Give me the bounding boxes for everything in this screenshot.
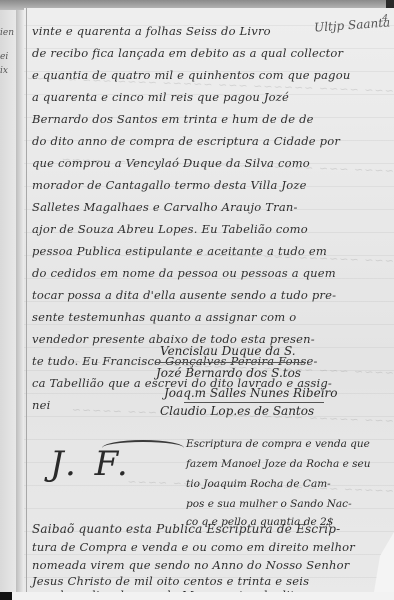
- facing-page-edge: ien ei ix: [0, 10, 17, 600]
- scan-bottom-edge: [0, 592, 394, 600]
- body-line: que comprou a Vencylaó Duque da Silva co…: [32, 156, 310, 170]
- manuscript-scan: ien ei ix ~~~ ~~~~ ~~~~~~ ~~~ ~~~~~ ~~~~…: [0, 0, 394, 600]
- section-heading-line: tio Joaquim Rocha de Cam-: [186, 478, 331, 490]
- body-line: nei: [32, 398, 51, 412]
- deed-line: nomeada virem que sendo no Anno do Nosso…: [32, 558, 349, 572]
- signature: Jozé Bernardo dos S.tos: [156, 366, 301, 380]
- signature: Claudio Lop.es de Santos: [160, 404, 314, 418]
- section-heading-line: Escriptura de compra e venda que: [186, 438, 370, 450]
- margin-annotation: Ultjp Saanta: [314, 15, 391, 34]
- body-line: tocar possa a dita d'ella ausente sendo …: [32, 288, 336, 302]
- section-heading-line: fazem Manoel Joze da Rocha e seu: [186, 458, 371, 470]
- body-line: ajor de Souza Abreu Lopes. Eu Tabelião c…: [32, 222, 308, 236]
- body-line: vinte e quarenta a folhas Seiss do Livro: [32, 24, 271, 38]
- book-gutter: [16, 10, 24, 600]
- signature: Joaq.m Salles Nunes Ribeiro: [164, 386, 338, 400]
- deed-line: tura de Compra e venda e ou como em dire…: [32, 540, 355, 554]
- body-line: de recibo fica lançada em debito as a qu…: [32, 46, 343, 60]
- signature-underline: [184, 402, 324, 403]
- deed-line: Jesus Christo de mil oito centos e trint…: [32, 574, 309, 588]
- notary-monogram: J. F.: [50, 444, 132, 484]
- body-line: pessoa Publica estipulante e aceitante a…: [32, 244, 327, 258]
- facing-page-fragment: ix: [0, 66, 8, 76]
- signature: Vencislau Duque da S.: [160, 344, 296, 358]
- signature-underline: [156, 362, 306, 363]
- section-heading-line: pos e sua mulher o Sando Nac-: [186, 498, 352, 510]
- body-line: Bernardo dos Santos em trinta e hum de d…: [32, 112, 314, 126]
- facing-page-fragment: ei: [0, 52, 8, 62]
- body-line: Salletes Magalhaes e Carvalho Araujo Tra…: [32, 200, 298, 214]
- deed-line: Saibaõ quanto esta Publica Escriptura de…: [32, 522, 340, 536]
- body-line: morador de Cantagallo termo desta Villa …: [32, 178, 307, 192]
- manuscript-page: ~~~ ~~~~ ~~~~~~ ~~~ ~~~~~ ~~~~ ~~~ ~~~~~…: [24, 8, 394, 600]
- body-line: do dito anno de compra de escriptura a C…: [32, 134, 340, 148]
- body-line: do cedidos em nome da pessoa ou pessoas …: [32, 266, 336, 280]
- body-line: e quantia de quatro mil e quinhentos com…: [32, 68, 350, 82]
- scan-bottom-corner: [0, 592, 12, 600]
- page-margin-rule: [26, 8, 27, 600]
- facing-page-fragment: ien: [0, 28, 14, 38]
- body-line: sente testemunhas quanto a assignar com …: [32, 310, 296, 324]
- body-line: a quarenta e cinco mil reis que pagou Jo…: [32, 90, 289, 104]
